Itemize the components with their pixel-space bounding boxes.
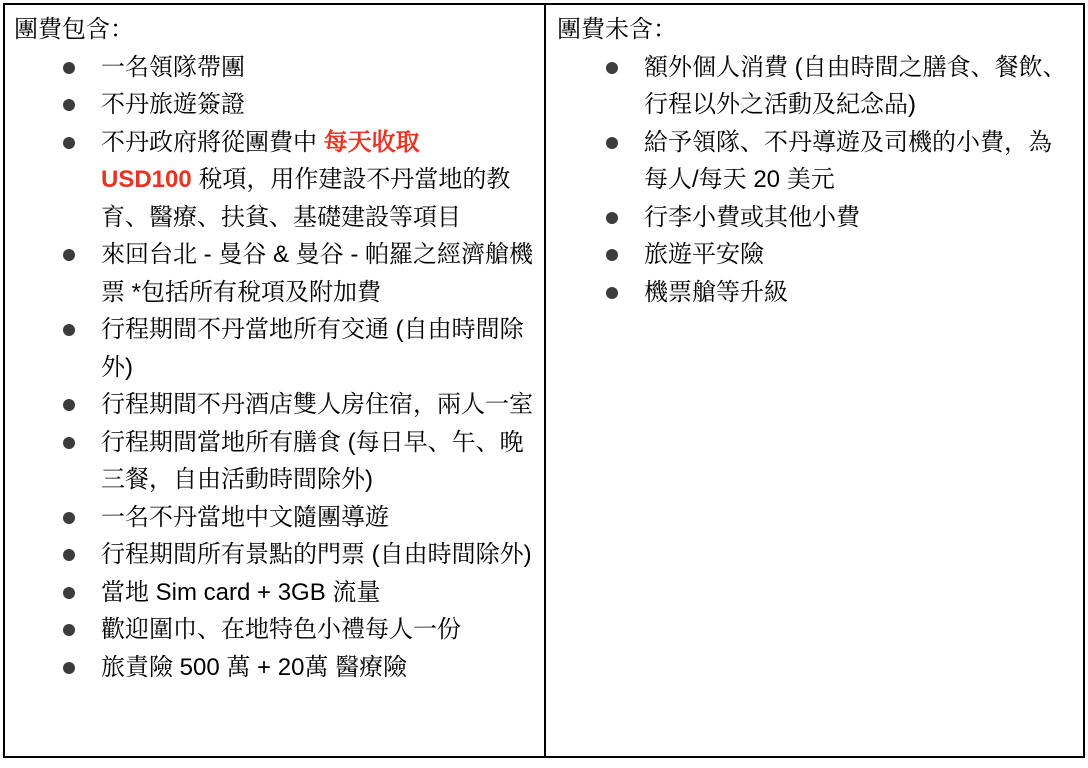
item-text: 不丹旅遊簽證 [101, 91, 245, 118]
list-item: 行程期間不丹酒店雙人房住宿，兩人一室 [101, 386, 538, 424]
excluded-list: 額外個人消費 (自由時間之膳食、餐飲、行程以外之活動及紀念品)給予領隊、不丹導遊… [557, 49, 1077, 312]
item-text: 機票艙等升級 [644, 279, 788, 306]
item-text: 行程期間當地所有膳食 (每日早、午、晚三餐，自由活動時間除外) [101, 429, 524, 494]
item-text: 行程期間不丹酒店雙人房住宿，兩人一室 [101, 391, 533, 418]
list-item: 一名領隊帶團 [101, 49, 538, 87]
list-item: 一名不丹當地中文隨團導遊 [101, 499, 538, 537]
highlighted-text: USD100 [101, 166, 192, 193]
item-text: 當地 Sim card + 3GB 流量 [101, 579, 380, 606]
highlighted-text: 每天收取 [324, 129, 420, 156]
item-text: 一名領隊帶團 [101, 54, 245, 81]
list-item: 旅遊平安險 [644, 236, 1077, 274]
excluded-header: 團費未含： [557, 11, 1077, 49]
included-list: 一名領隊帶團不丹旅遊簽證不丹政府將從團費中 每天收取USD100 稅項，用作建設… [14, 49, 538, 687]
item-text: 行程期間不丹當地所有交通 (自由時間除外) [101, 316, 524, 381]
list-item: 行程期間不丹當地所有交通 (自由時間除外) [101, 311, 538, 386]
item-text: 行程期間所有景點的門票 (自由時間除外) [101, 541, 532, 568]
included-header: 團費包含： [14, 11, 538, 49]
list-item: 給予領隊、不丹導遊及司機的小費，為 每人/每天 20 美元 [644, 124, 1077, 199]
list-item: 來回台北 - 曼谷 & 曼谷 - 帕羅之經濟艙機票 *包括所有稅項及附加費 [101, 236, 538, 311]
item-text: 額外個人消費 (自由時間之膳食、餐飲、行程以外之活動及紀念品) [644, 54, 1067, 119]
included-cell: 團費包含： 一名領隊帶團不丹旅遊簽證不丹政府將從團費中 每天收取USD100 稅… [5, 5, 546, 756]
list-item: 當地 Sim card + 3GB 流量 [101, 574, 538, 612]
excluded-cell: 團費未含： 額外個人消費 (自由時間之膳食、餐飲、行程以外之活動及紀念品)給予領… [546, 5, 1083, 756]
item-text: 一名不丹當地中文隨團導遊 [101, 504, 389, 531]
item-text: 來回台北 - 曼谷 & 曼谷 - 帕羅之經濟艙機票 *包括所有稅項及附加費 [101, 241, 533, 306]
list-item: 歡迎圍巾、在地特色小禮每人一份 [101, 611, 538, 649]
item-text: 行李小費或其他小費 [644, 204, 860, 231]
item-text: 歡迎圍巾、在地特色小禮每人一份 [101, 616, 461, 643]
list-item: 行程期間當地所有膳食 (每日早、午、晚三餐，自由活動時間除外) [101, 424, 538, 499]
list-item: 機票艙等升級 [644, 274, 1077, 312]
item-text: 旅責險 500 萬 + 20萬 醫療險 [101, 654, 407, 681]
document-page: 團費包含： 一名領隊帶團不丹旅遊簽證不丹政府將從團費中 每天收取USD100 稅… [0, 0, 1088, 768]
list-item: 不丹政府將從團費中 每天收取USD100 稅項，用作建設不丹當地的教育、醫療、扶… [101, 124, 538, 237]
list-item: 旅責險 500 萬 + 20萬 醫療險 [101, 649, 538, 687]
item-text: 不丹政府將從團費中 [101, 129, 324, 156]
list-item: 行李小費或其他小費 [644, 199, 1077, 237]
list-item: 行程期間所有景點的門票 (自由時間除外) [101, 536, 538, 574]
item-text: 給予領隊、不丹導遊及司機的小費，為 每人/每天 20 美元 [644, 129, 1052, 194]
list-item: 不丹旅遊簽證 [101, 86, 538, 124]
item-text: 旅遊平安險 [644, 241, 764, 268]
fees-table: 團費包含： 一名領隊帶團不丹旅遊簽證不丹政府將從團費中 每天收取USD100 稅… [3, 3, 1085, 758]
list-item: 額外個人消費 (自由時間之膳食、餐飲、行程以外之活動及紀念品) [644, 49, 1077, 124]
